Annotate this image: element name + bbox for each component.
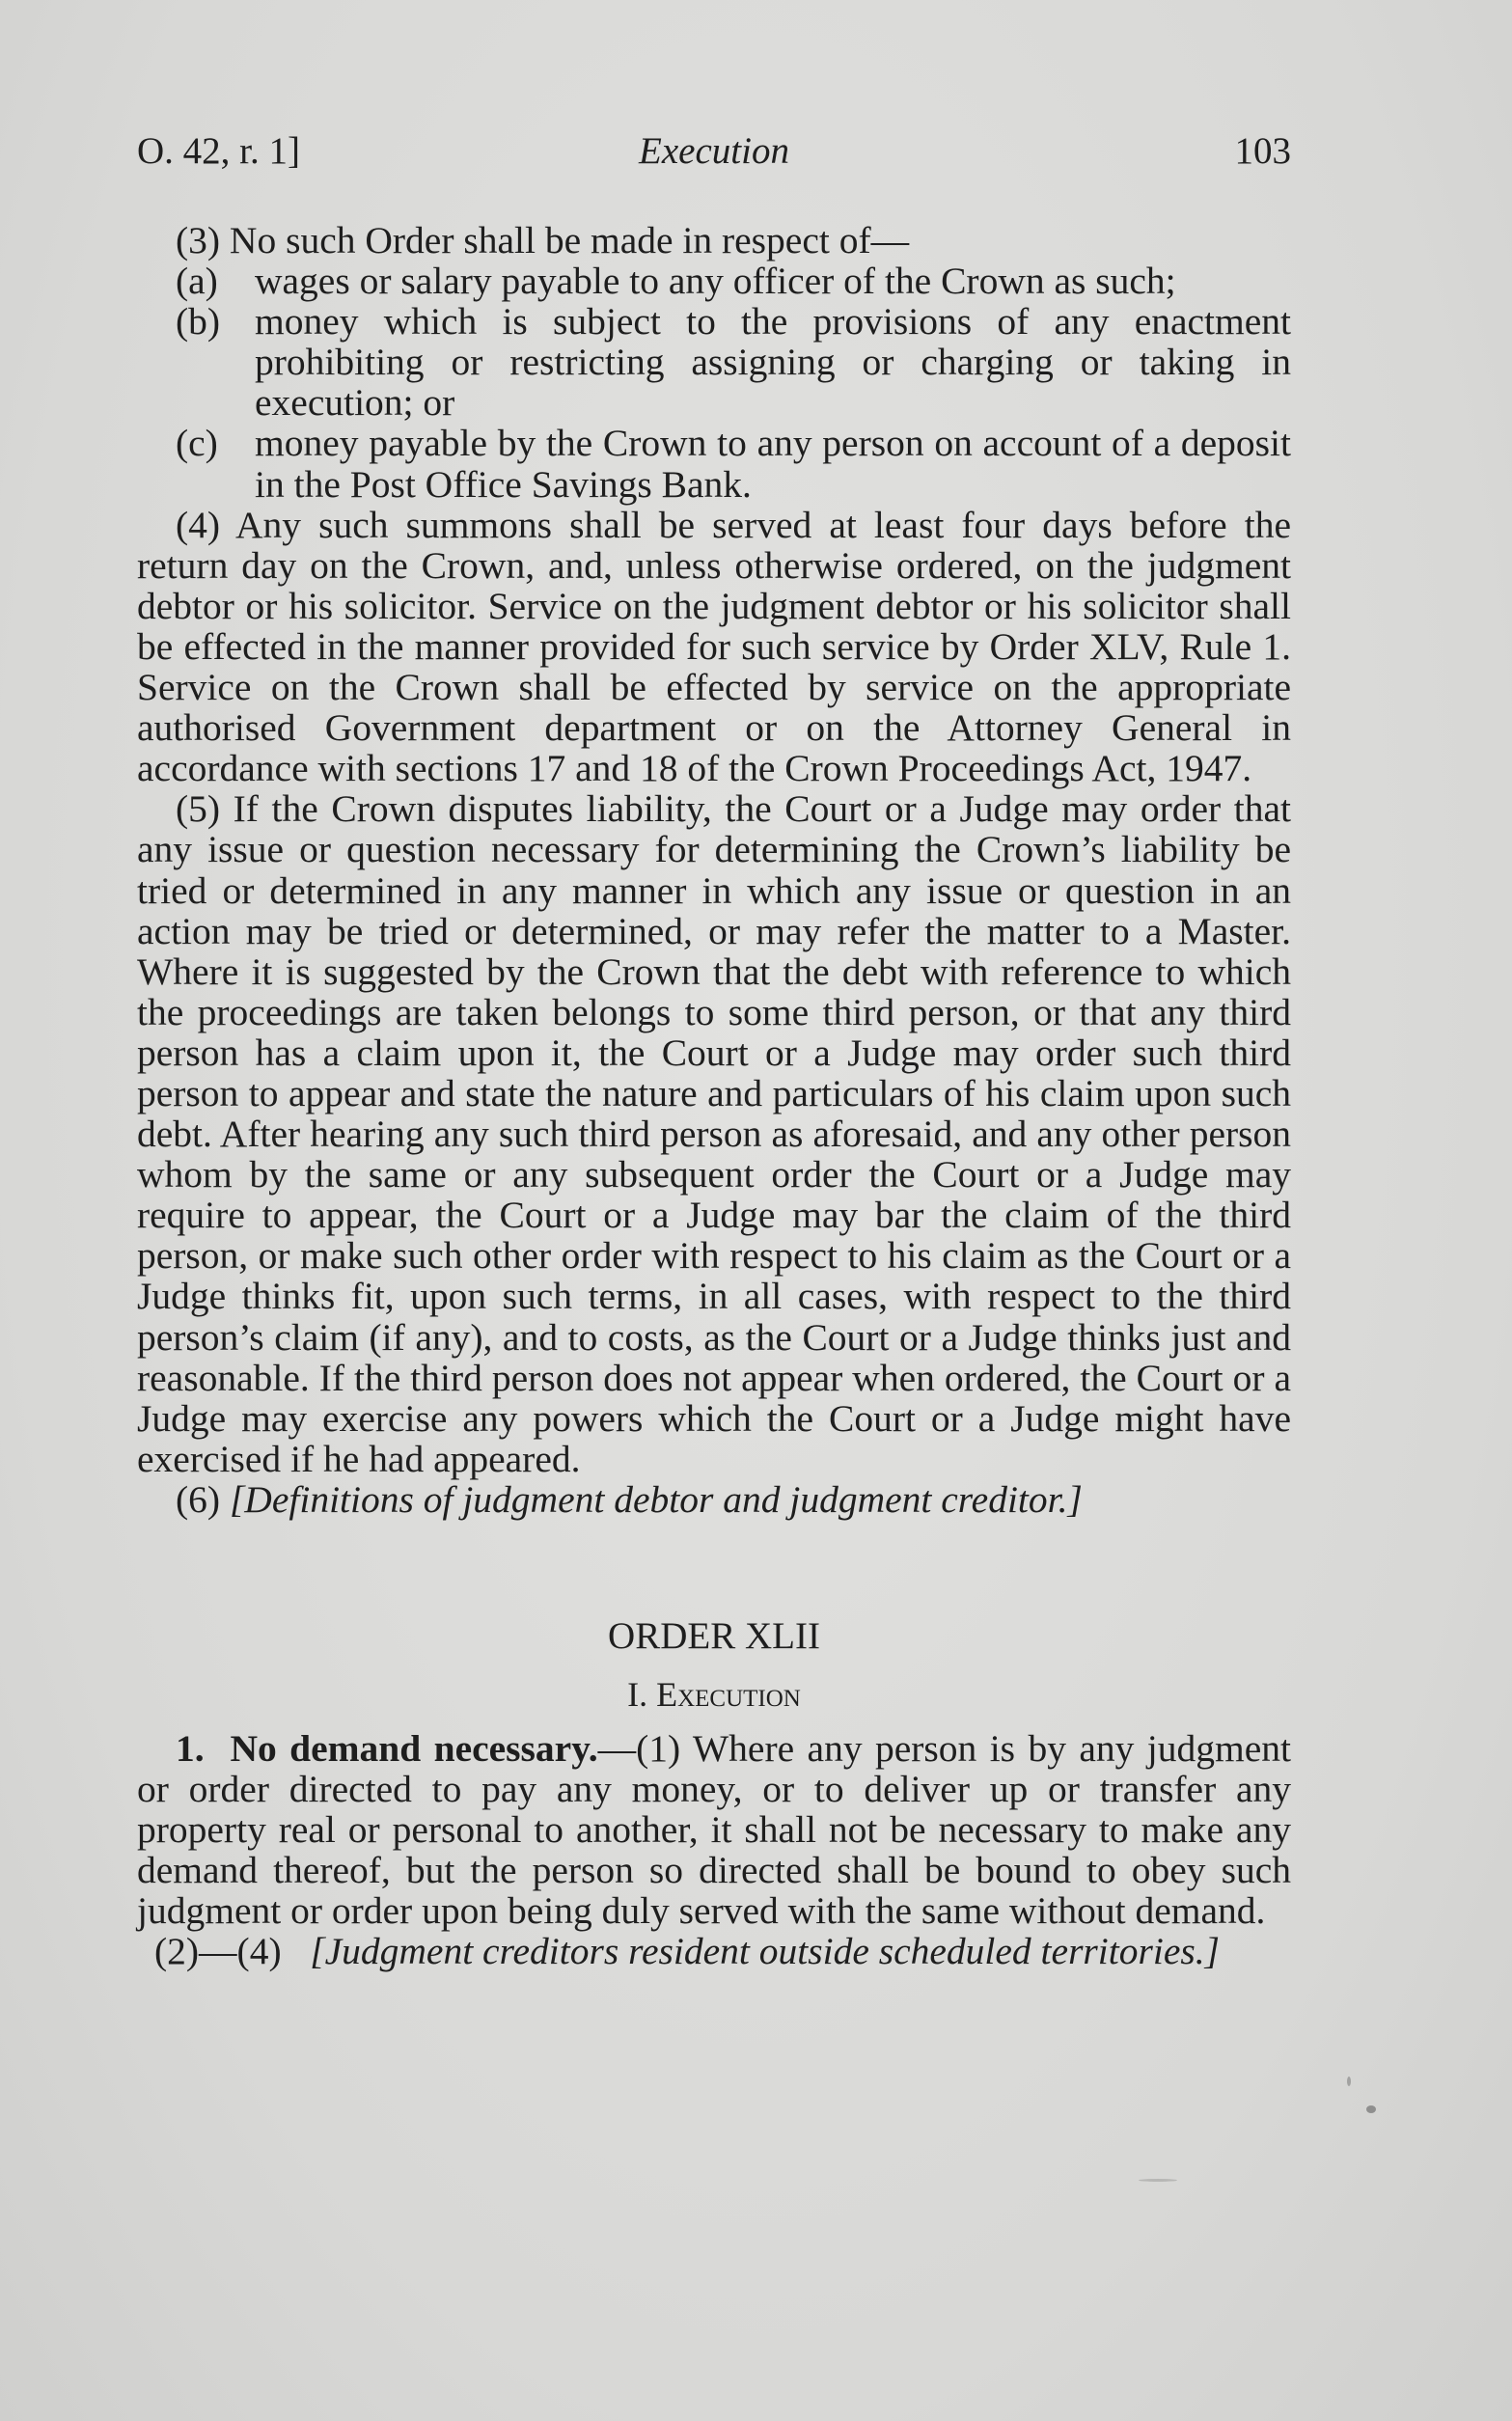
- list-item-a: (a) wages or salary payable to any offic…: [137, 261, 1291, 301]
- paragraph-3-intro: (3) No such Order shall be made in respe…: [137, 220, 1291, 261]
- paragraph-6-number: (6): [176, 1478, 220, 1521]
- list-item-text: money payable by the Crown to any person…: [255, 423, 1291, 504]
- rule-1-sub-number: (2)—(4): [154, 1930, 282, 1972]
- part-heading: I. Execution: [137, 1670, 1291, 1719]
- list-item-label: (a): [137, 261, 255, 301]
- running-head-title: Execution: [137, 127, 1291, 176]
- running-head: O. 42, r. 1] Execution 103: [137, 127, 1291, 176]
- body-text: (3) No such Order shall be made in respe…: [137, 220, 1291, 1972]
- list-item-label: (c): [137, 423, 255, 504]
- rule-1-sub-note: [Judgment creditors resident outside sch…: [310, 1930, 1220, 1972]
- list-item-text: money which is subject to the provisions…: [255, 301, 1291, 423]
- page-number: 103: [1235, 127, 1292, 176]
- paragraph-6-note: [Definitions of judgment debtor and judg…: [230, 1478, 1083, 1521]
- list-item-text: wages or salary payable to any officer o…: [255, 261, 1291, 301]
- paragraph-4: (4) Any such summons shall be served at …: [137, 505, 1291, 789]
- print-smudge: [1347, 2077, 1351, 2086]
- print-smudge: [1366, 2105, 1376, 2113]
- rule-1-heading: No demand necessary.: [230, 1727, 597, 1770]
- list-item-c: (c) money payable by the Crown to any pe…: [137, 423, 1291, 504]
- paragraph-6: (6) [Definitions of judgment debtor and …: [137, 1479, 1291, 1520]
- list-item-label: (b): [137, 301, 255, 423]
- list-item-b: (b) money which is subject to the provis…: [137, 301, 1291, 423]
- paragraph-5: (5) If the Crown disputes liability, the…: [137, 788, 1291, 1479]
- order-title: ORDER XLII: [137, 1612, 1291, 1661]
- rule-1-number: 1.: [176, 1727, 205, 1770]
- rule-1: 1. No demand necessary.—(1) Where any pe…: [137, 1728, 1291, 1931]
- print-smudge: [1139, 2179, 1177, 2182]
- rule-1-subsections: (2)—(4) [Judgment creditors resident out…: [137, 1931, 1291, 1971]
